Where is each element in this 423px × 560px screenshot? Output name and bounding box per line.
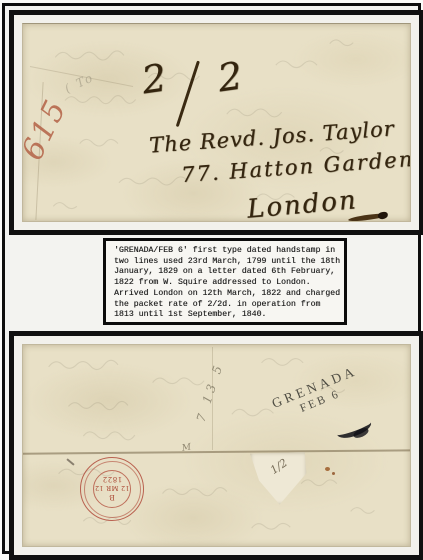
description-line: 'GRENADA/FEB 6' first type dated handsta…: [114, 246, 338, 257]
description-line: Arrived London on 12th March, 1822 and c…: [114, 289, 338, 300]
back-photo-frame: 7 13 5 GRENADA FEB 6 M 1/2 B 12 MR 12 18: [9, 331, 423, 559]
letter-front: 2 2 615 ( To The Revd. Jos. Taylor 77. H…: [22, 23, 411, 222]
cds-date: 12 MR 12: [95, 485, 129, 494]
cds-index-letter: B: [109, 494, 114, 503]
front-photo-frame: 2 2 615 ( To The Revd. Jos. Taylor 77. H…: [9, 10, 423, 235]
description-line: 1822 from W. Squire addressed to London.: [114, 278, 338, 289]
stain-dot: [332, 472, 335, 475]
fold-manuscript-mark: M: [181, 442, 193, 454]
description-label: 'GRENADA/FEB 6' first type dated handsta…: [103, 238, 347, 325]
description-line: January, 1829 on a letter dated 6th Febr…: [114, 267, 338, 278]
cds-year: 1822: [102, 476, 122, 485]
cds-text-inverted: B 12 MR 12 1822: [81, 458, 143, 520]
stain-dot: [325, 467, 330, 471]
album-page: 2 2 615 ( To The Revd. Jos. Taylor 77. H…: [2, 3, 421, 554]
description-line: the packet rate of 2/2d. in operation fr…: [114, 300, 338, 311]
letter-back: 7 13 5 GRENADA FEB 6 M 1/2 B 12 MR 12 18: [22, 344, 411, 547]
london-arrival-cds: B 12 MR 12 1822: [80, 457, 144, 521]
description-line: two lines used 23rd March, 1799 until th…: [114, 257, 338, 268]
description-line: 1813 until 1st September, 1840.: [114, 310, 338, 321]
